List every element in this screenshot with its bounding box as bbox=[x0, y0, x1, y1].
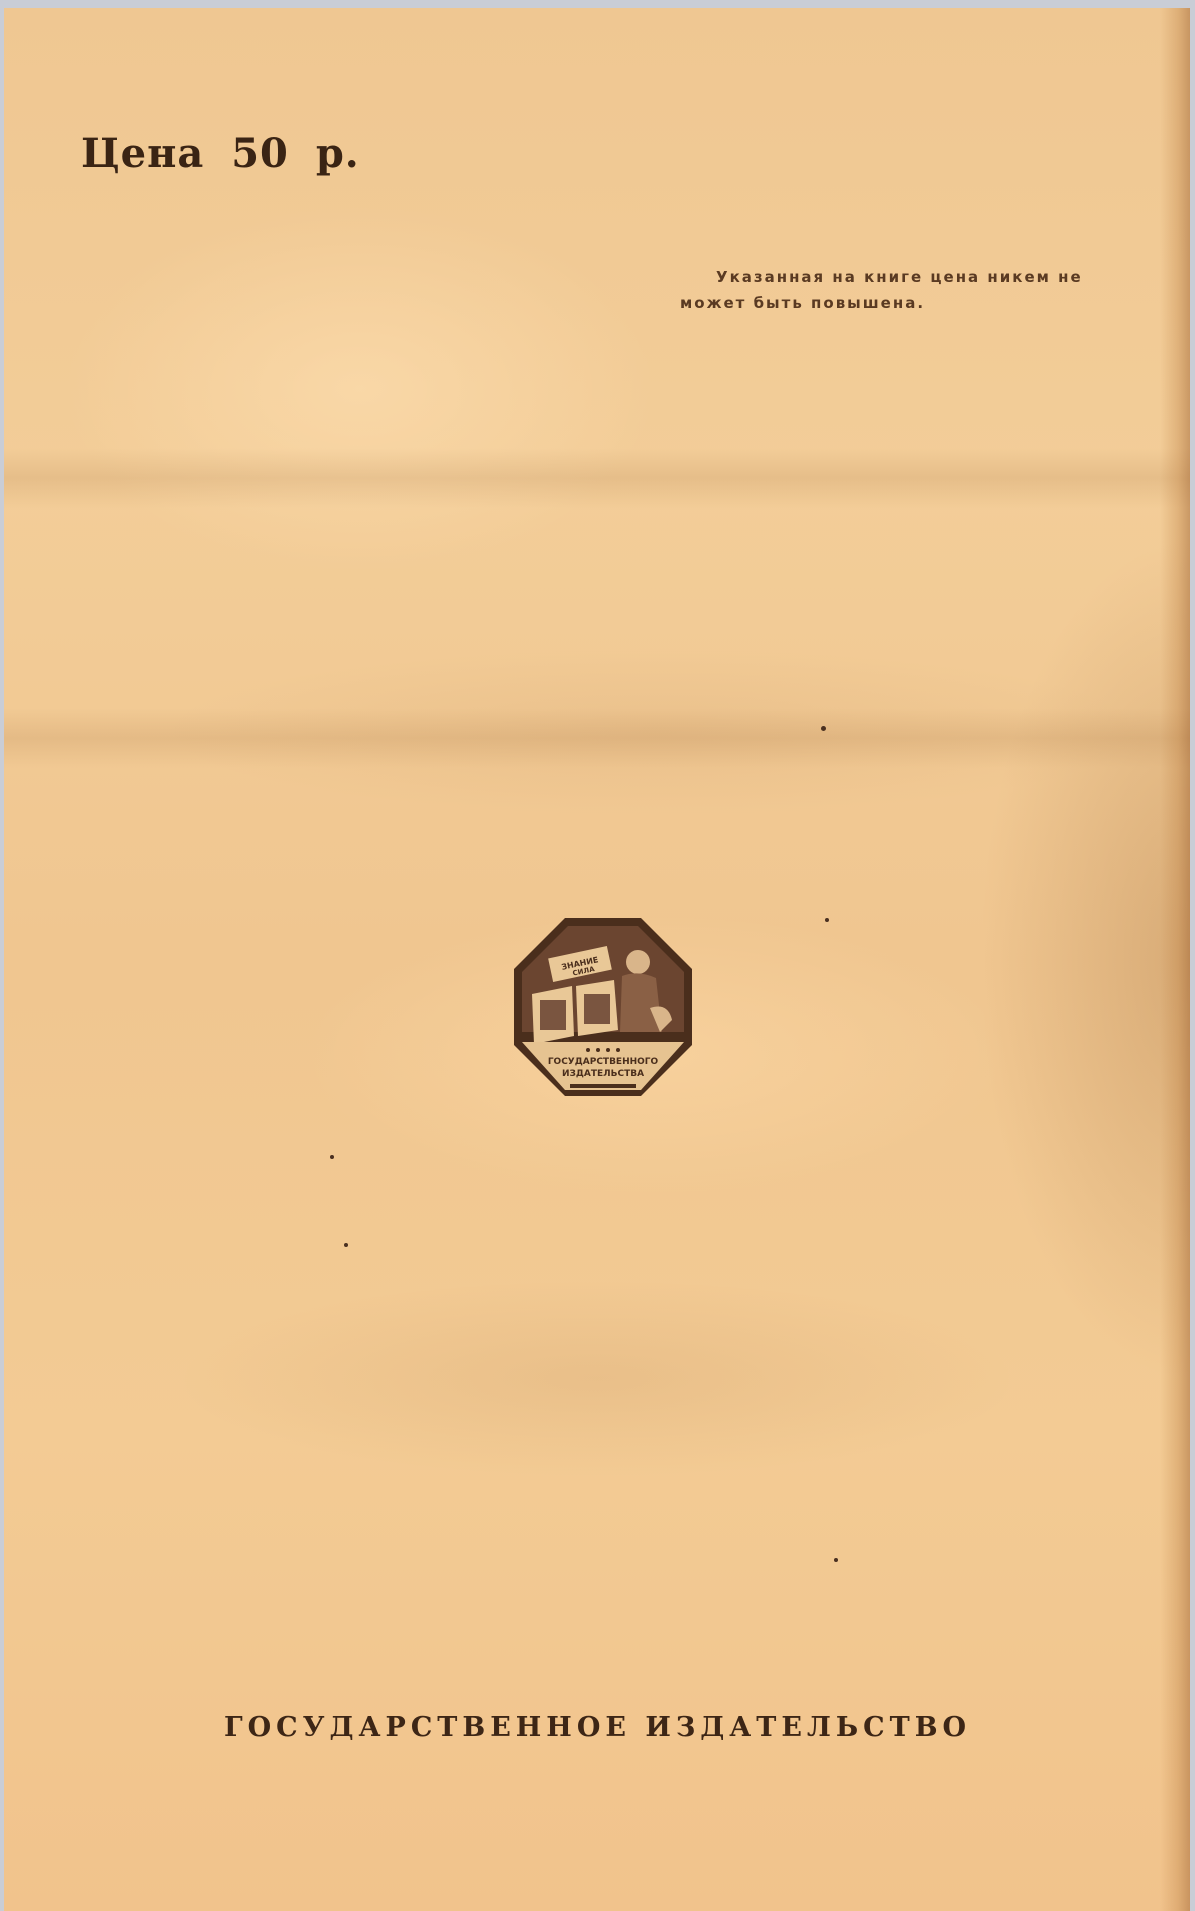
publisher-emblem-icon: ЗНАНИЕ СИЛА ГОСУДАРСТВЕННОГО ИЗДАТЕЛЬСТВ… bbox=[510, 914, 696, 1100]
paper-fold bbox=[4, 708, 1190, 768]
book-back-cover: Цена 50 р. Указанная на книге цена никем… bbox=[4, 8, 1190, 1911]
paper-speck bbox=[821, 726, 826, 731]
svg-text:ГОСУДАРСТВЕННОГО: ГОСУДАРСТВЕННОГО bbox=[548, 1057, 659, 1067]
paper-speck bbox=[825, 918, 829, 922]
svg-text:ИЗДАТЕЛЬСТВА: ИЗДАТЕЛЬСТВА bbox=[562, 1069, 644, 1079]
price-label: Цена 50 р. bbox=[81, 130, 360, 177]
paper-speck bbox=[344, 1243, 348, 1247]
paper-speck bbox=[834, 1558, 838, 1562]
price-notice: Указанная на книге цена никем не может б… bbox=[680, 264, 1140, 316]
paper-fold bbox=[4, 448, 1190, 508]
publisher-name: ГОСУДАРСТВЕННОЕ ИЗДАТЕЛЬСТВО bbox=[0, 1712, 1195, 1743]
paper-speck bbox=[330, 1155, 334, 1159]
